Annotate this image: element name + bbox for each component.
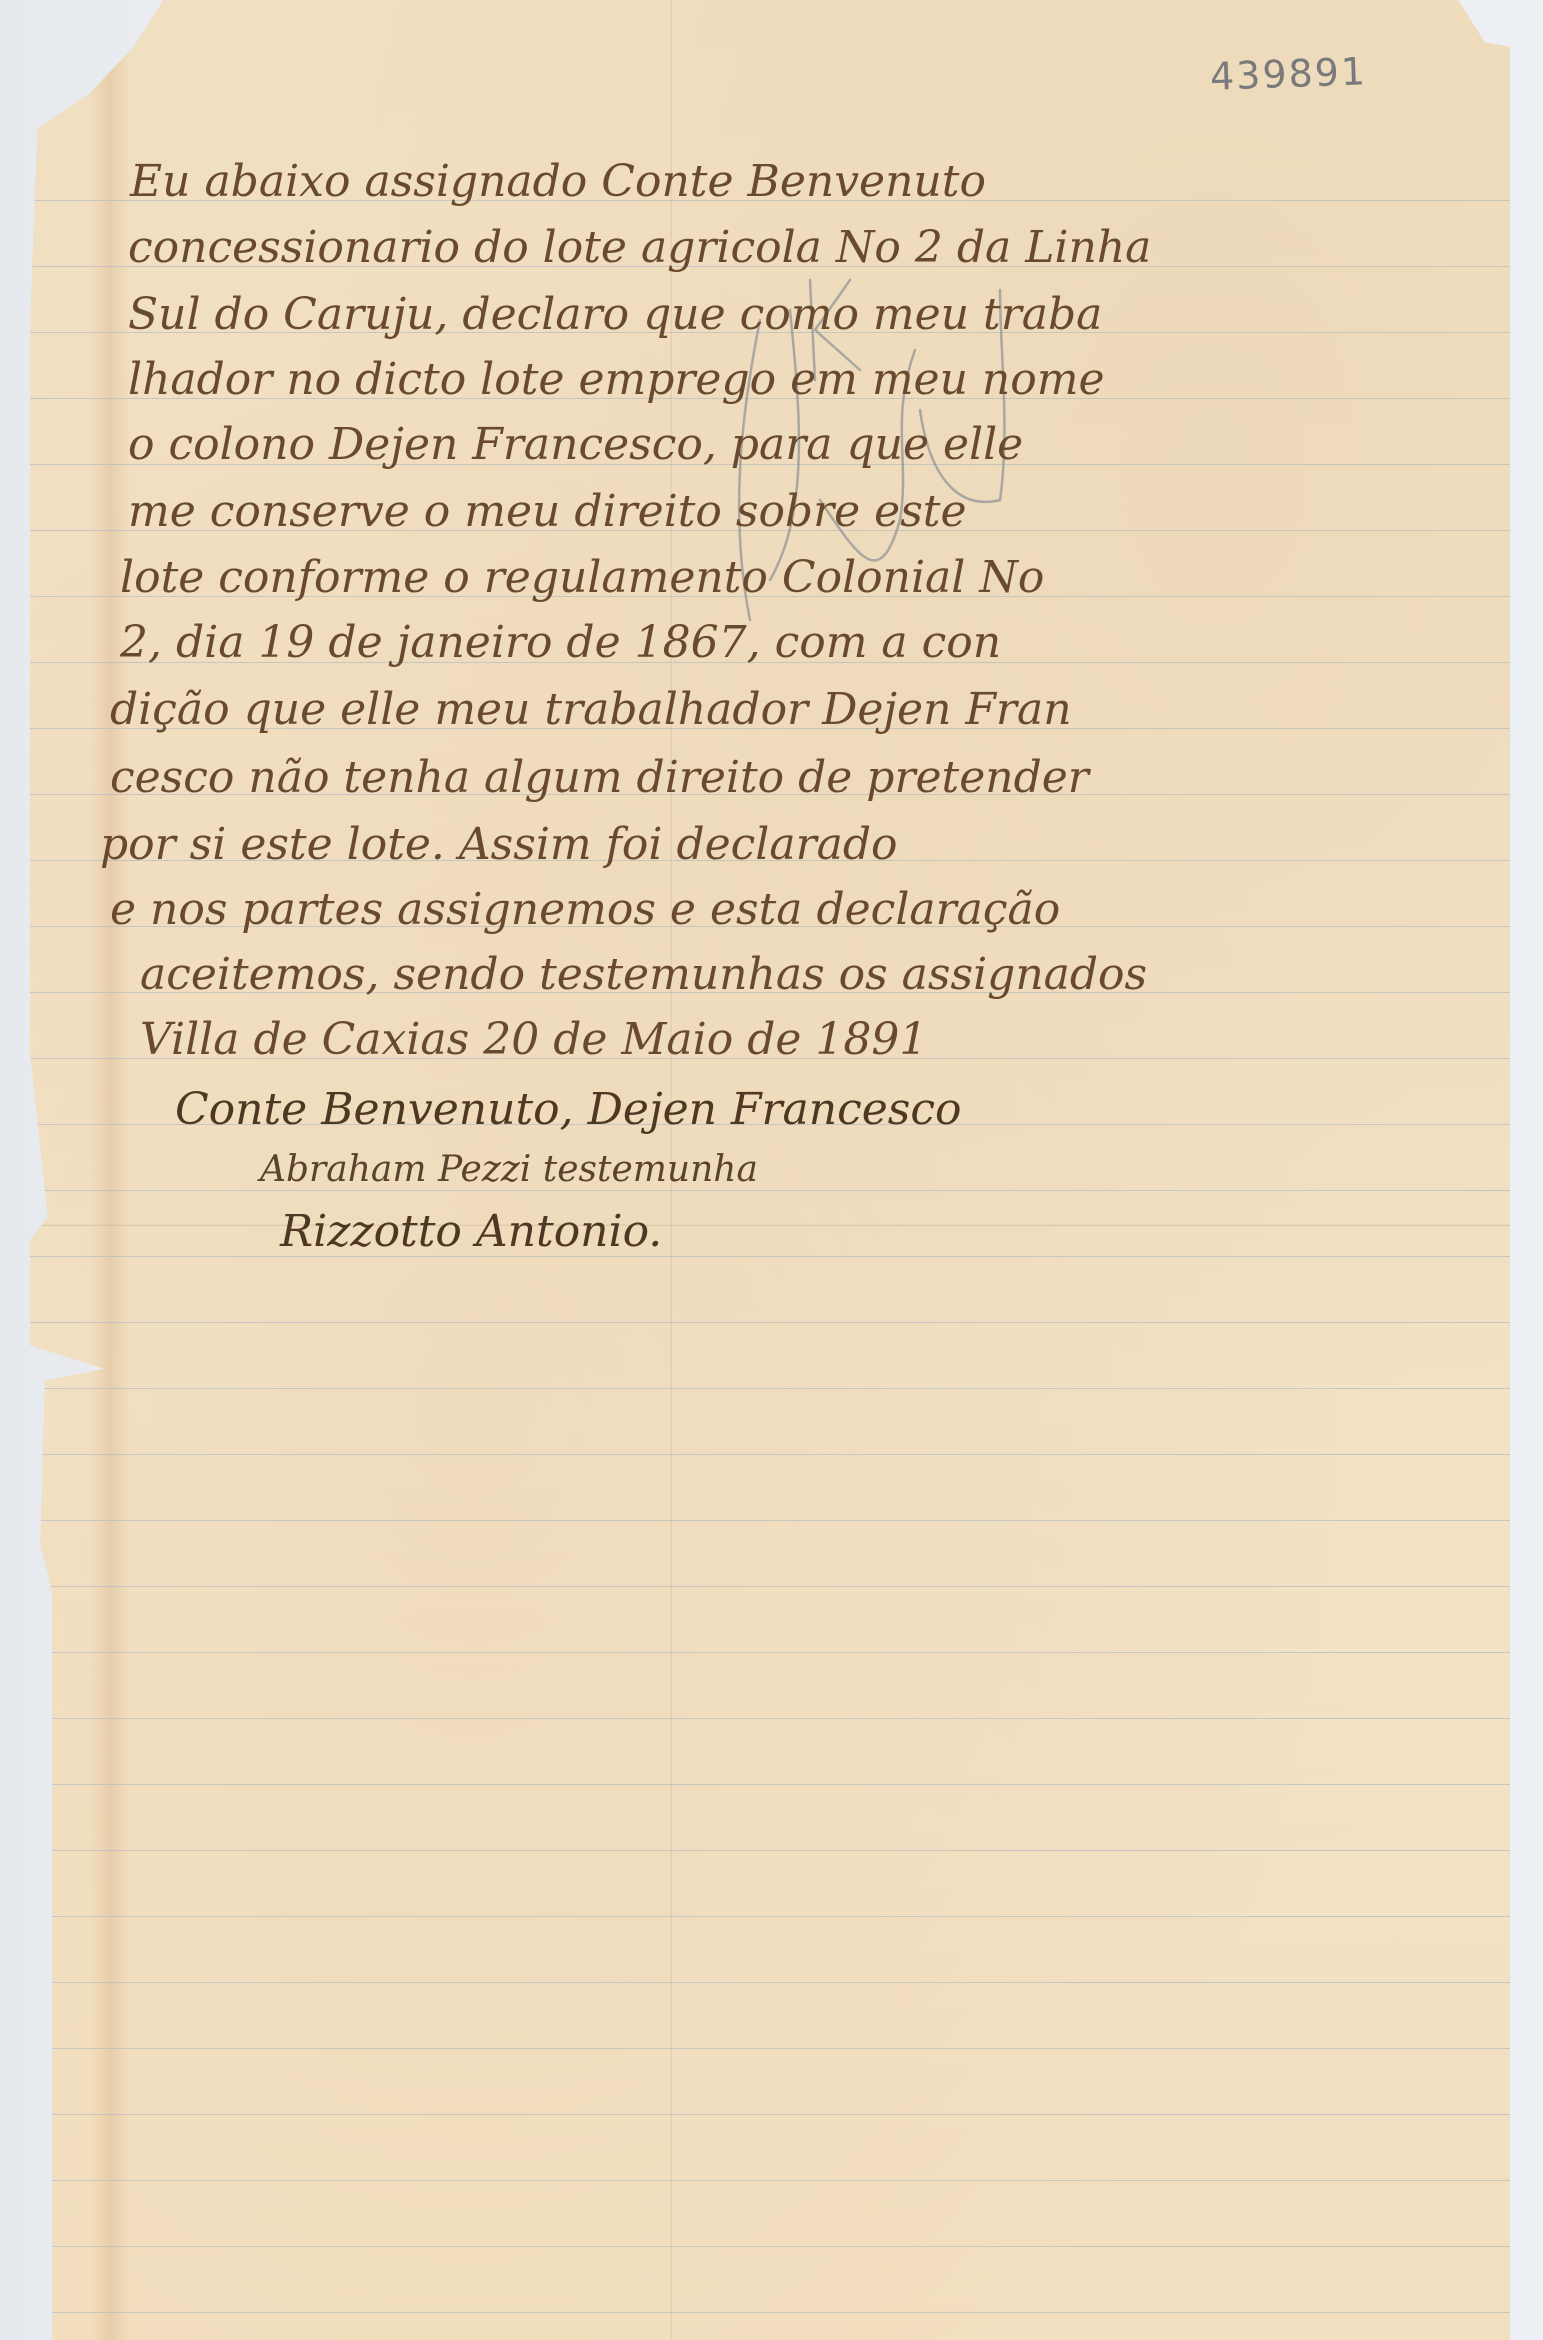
rule-line (30, 2312, 1510, 2313)
rule-line (30, 1916, 1510, 1917)
rule-line (30, 1520, 1510, 1521)
signature-witness-1: Abraham Pezzi testemunha (260, 1152, 758, 1188)
signature-witness-2: Rizzotto Antonio. (280, 1210, 662, 1254)
rule-line (30, 1454, 1510, 1455)
rule-line (30, 2180, 1510, 2181)
rule-line (30, 1586, 1510, 1587)
document-line-11: por si este lote. Assim foi declarado (100, 823, 898, 867)
rule-line (30, 2114, 1510, 2115)
document-line-8: 2, dia 19 de janeiro de 1867, com a con (120, 621, 1001, 665)
rule-line (30, 1190, 1510, 1191)
document-line-10: cesco não tenha algum direito de pretend… (110, 756, 1089, 800)
rule-line (30, 2048, 1510, 2049)
document-line-12: e nos partes assignemos e esta declaraçã… (110, 888, 1060, 932)
document-line-7: lote conforme o regulamento Colonial No (120, 556, 1044, 600)
document-line-6: me conserve o meu direito sobre este (128, 490, 967, 534)
document-line-1: Eu abaixo assignado Conte Benvenuto (130, 160, 986, 204)
rule-line (30, 2246, 1510, 2247)
rule-line (30, 1718, 1510, 1719)
document-line-5: o colono Dejen Francesco, para que elle (128, 423, 1023, 467)
document-line-13: aceitemos, sendo testemunhas os assignad… (140, 953, 1147, 997)
rule-line (30, 1850, 1510, 1851)
catalog-number: 439891 (1209, 49, 1368, 98)
document-line-9: dição que elle meu trabalhador Dejen Fra… (110, 688, 1072, 732)
water-stain (90, 0, 130, 2340)
fold-crease (30, 1224, 1510, 1227)
signature-parties: Conte Benvenuto, Dejen Francesco (175, 1088, 961, 1132)
rule-line (30, 1388, 1510, 1389)
rule-line (30, 1652, 1510, 1653)
document-line-4: lhador no dicto lote emprego em meu nome (128, 358, 1105, 402)
document-line-2: concessionario do lote agricola No 2 da … (128, 226, 1151, 270)
rule-line (30, 1982, 1510, 1983)
document-line-3: Sul do Caruju, declaro que como meu trab… (128, 293, 1102, 337)
rule-line (30, 1256, 1510, 1257)
document-line-14: Villa de Caxias 20 de Maio de 1891 (140, 1018, 927, 1062)
rule-line (30, 1784, 1510, 1785)
rule-line (30, 1322, 1510, 1323)
